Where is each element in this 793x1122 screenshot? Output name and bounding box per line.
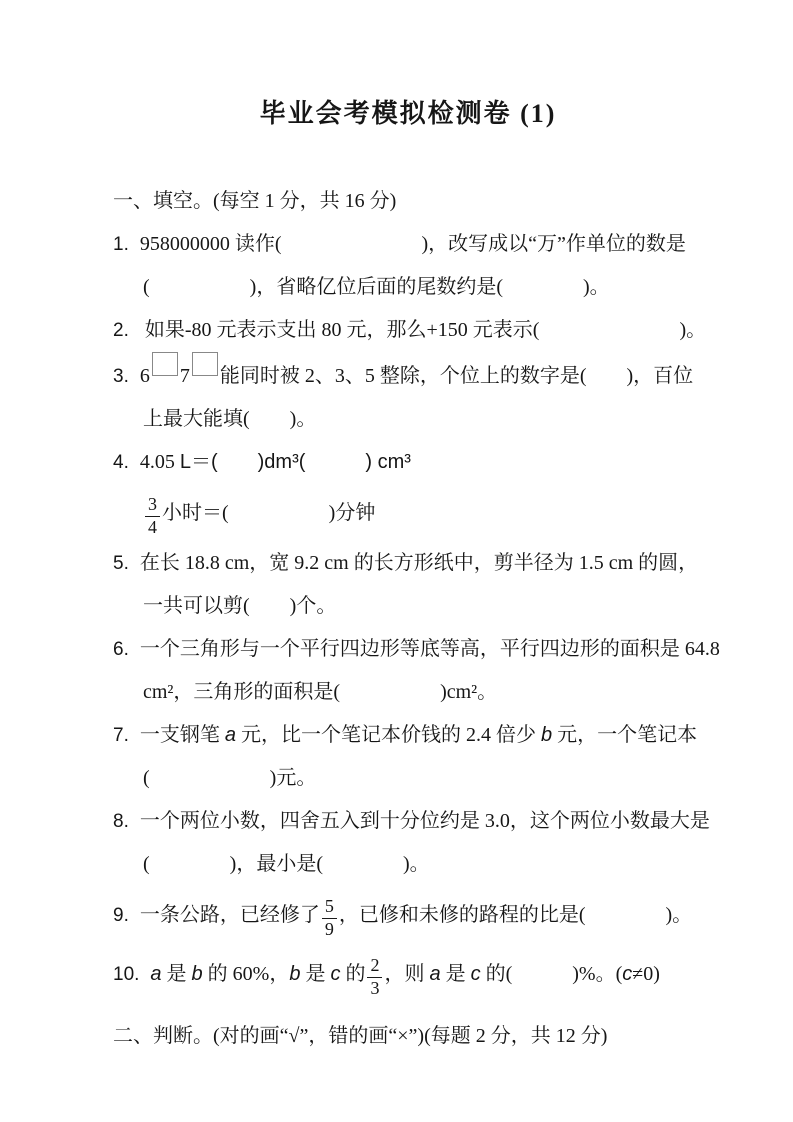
fraction-numerator: 3 bbox=[145, 495, 160, 516]
question-1: 1.958000000 读作( )，改写成以“万”作单位的数是 ( )，省略亿位… bbox=[113, 223, 763, 309]
question-text: 一共可以剪( )个。 bbox=[143, 595, 336, 617]
question-8: 8.一个两位小数，四舍五入到十分位约是 3.0，这个两位小数最大是 ( )，最小… bbox=[113, 800, 763, 886]
question-5-line-2: 一共可以剪( )个。 bbox=[113, 585, 763, 628]
question-6-line-1: 6.一个三角形与一个平行四边形等底等高，平行四边形的面积是 64.8 bbox=[113, 628, 763, 671]
question-6-line-2: cm²，三角形的面积是( )cm²。 bbox=[113, 671, 763, 714]
question-1-line-2: ( )，省略亿位后面的尾数约是( )。 bbox=[113, 266, 763, 309]
question-5-line-1: 5.在长 18.8 cm，宽 9.2 cm 的长方形纸中，剪半径为 1.5 cm… bbox=[113, 542, 763, 585]
variable-b: b bbox=[289, 963, 300, 985]
question-4: 4.4.05 L＝( )dm³( ) cm³ 34小时＝( )分钟 bbox=[113, 441, 763, 542]
variable-a: a bbox=[225, 724, 236, 746]
question-5: 5.在长 18.8 cm，宽 9.2 cm 的长方形纸中，剪半径为 1.5 cm… bbox=[113, 542, 763, 628]
question-text: 元，比一个笔记本价钱的 2.4 倍少 bbox=[236, 724, 541, 746]
question-10-line-1: 10.a 是 b 的 60%，b 是 c 的23，则 a 是 c 的( )%。(… bbox=[113, 945, 763, 1004]
variable-a: a bbox=[429, 963, 440, 985]
question-number: 7. bbox=[113, 725, 129, 746]
question-text: 4.05 bbox=[140, 451, 180, 473]
question-7: 7.一支钢笔 a 元，比一个笔记本价钱的 2.4 倍少 b 元，一个笔记本 ( … bbox=[113, 714, 763, 800]
question-number: 6. bbox=[113, 639, 129, 660]
question-10: 10.a 是 b 的 60%，b 是 c 的23，则 a 是 c 的( )%。(… bbox=[113, 945, 763, 1004]
question-text: 7 bbox=[180, 365, 190, 387]
section-heading-fill-in: 一、填空。(每空 1 分，共 16 分) bbox=[113, 183, 763, 219]
question-text: 6 bbox=[140, 365, 150, 387]
section-heading-judge: 二、判断。(对的画“√”，错的画“×”)(每题 2 分，共 12 分) bbox=[113, 1018, 763, 1054]
page-title: 毕业会考模拟检测卷 (1) bbox=[83, 97, 733, 131]
question-text: 一个两位小数，四舍五入到十分位约是 3.0，这个两位小数最大是 bbox=[140, 810, 710, 832]
question-text: 的( )%。( bbox=[481, 963, 623, 985]
question-text: 元，一个笔记本 bbox=[552, 724, 697, 746]
question-9: 9.一条公路，已经修了59，已修和未修的路程的比是( )。 bbox=[113, 886, 763, 945]
fraction-numerator: 5 bbox=[322, 897, 337, 918]
question-8-line-1: 8.一个两位小数，四舍五入到十分位约是 3.0，这个两位小数最大是 bbox=[113, 800, 763, 843]
question-2: 2. 如果-80 元表示支出 80 元，那么+150 元表示( )。 bbox=[113, 309, 763, 352]
question-list: 1.958000000 读作( )，改写成以“万”作单位的数是 ( )，省略亿位… bbox=[113, 223, 763, 1004]
question-number: 8. bbox=[113, 811, 129, 832]
question-9-line-1: 9.一条公路，已经修了59，已修和未修的路程的比是( )。 bbox=[113, 886, 763, 945]
fraction: 34 bbox=[145, 495, 160, 538]
question-4-line-1: 4.4.05 L＝( )dm³( ) cm³ bbox=[113, 441, 763, 484]
question-text: 一个三角形与一个平行四边形等底等高，平行四边形的面积是 64.8 bbox=[140, 638, 720, 660]
blank-box bbox=[192, 352, 218, 376]
question-7-line-1: 7.一支钢笔 a 元，比一个笔记本价钱的 2.4 倍少 b 元，一个笔记本 bbox=[113, 714, 763, 757]
question-text: 一支钢笔 bbox=[140, 724, 225, 746]
fraction-denominator: 9 bbox=[322, 918, 337, 940]
question-text: 小时＝( )分钟 bbox=[162, 502, 375, 524]
question-text: 是 bbox=[162, 963, 192, 985]
question-text: 的 bbox=[340, 963, 365, 985]
question-text: ( )，省略亿位后面的尾数约是( )。 bbox=[143, 276, 610, 298]
question-number: 9. bbox=[113, 905, 129, 926]
fraction-numerator: 2 bbox=[367, 956, 382, 977]
question-text: ，则 bbox=[384, 963, 429, 985]
variable-c: c bbox=[330, 963, 340, 985]
question-3-line-1: 3.67能同时被 2、3、5 整除，个位上的数字是( )，百位 bbox=[113, 352, 763, 398]
variable-b: b bbox=[192, 963, 203, 985]
question-text: 在长 18.8 cm，宽 9.2 cm 的长方形纸中，剪半径为 1.5 cm 的… bbox=[140, 552, 698, 574]
fraction-denominator: 4 bbox=[145, 516, 160, 538]
variable-b: b bbox=[541, 724, 552, 746]
question-number: 1. bbox=[113, 234, 129, 255]
blank-box bbox=[152, 352, 178, 376]
question-number: 4. bbox=[113, 452, 129, 473]
question-number: 2. bbox=[113, 320, 129, 341]
question-text: 是 bbox=[300, 963, 330, 985]
question-4-line-2: 34小时＝( )分钟 bbox=[113, 484, 763, 542]
variable-c: c bbox=[622, 963, 632, 985]
question-2-line-1: 2. 如果-80 元表示支出 80 元，那么+150 元表示( )。 bbox=[113, 309, 763, 352]
exam-content: 毕业会考模拟检测卷 (1) 一、填空。(每空 1 分，共 16 分) 1.958… bbox=[0, 0, 793, 1054]
question-text: 能同时被 2、3、5 整除，个位上的数字是( )，百位 bbox=[220, 365, 693, 387]
variable-a: a bbox=[150, 963, 161, 985]
question-text: L＝( )dm³( ) cm³ bbox=[180, 451, 411, 473]
question-text: 是 bbox=[441, 963, 471, 985]
question-7-line-2: ( )元。 bbox=[113, 757, 763, 800]
question-text: 如果-80 元表示支出 80 元，那么+150 元表示( )。 bbox=[140, 319, 706, 341]
question-text: ≠0) bbox=[632, 963, 660, 985]
question-text: ( )，最小是( )。 bbox=[143, 853, 430, 875]
question-text: 一条公路，已经修了 bbox=[140, 904, 320, 926]
question-3: 3.67能同时被 2、3、5 整除，个位上的数字是( )，百位 上最大能填( )… bbox=[113, 352, 763, 441]
question-text: 上最大能填( )。 bbox=[143, 408, 316, 430]
question-6: 6.一个三角形与一个平行四边形等底等高，平行四边形的面积是 64.8 cm²，三… bbox=[113, 628, 763, 714]
question-1-line-1: 1.958000000 读作( )，改写成以“万”作单位的数是 bbox=[113, 223, 763, 266]
exam-page: 毕业会考模拟检测卷 (1) 一、填空。(每空 1 分，共 16 分) 1.958… bbox=[0, 0, 793, 1122]
question-number: 10. bbox=[113, 964, 139, 985]
question-text: cm²，三角形的面积是( )cm²。 bbox=[143, 681, 497, 703]
question-3-line-2: 上最大能填( )。 bbox=[113, 398, 763, 441]
question-text: ，已修和未修的路程的比是( )。 bbox=[339, 904, 692, 926]
question-text: 958000000 读作( )，改写成以“万”作单位的数是 bbox=[140, 233, 686, 255]
fraction: 23 bbox=[367, 956, 382, 999]
variable-c: c bbox=[471, 963, 481, 985]
question-8-line-2: ( )，最小是( )。 bbox=[113, 843, 763, 886]
fraction-denominator: 3 bbox=[367, 977, 382, 999]
question-number: 5. bbox=[113, 553, 129, 574]
question-text: ( )元。 bbox=[143, 767, 316, 789]
fraction: 59 bbox=[322, 897, 337, 940]
question-text: 的 60%， bbox=[203, 963, 290, 985]
question-number: 3. bbox=[113, 366, 129, 387]
